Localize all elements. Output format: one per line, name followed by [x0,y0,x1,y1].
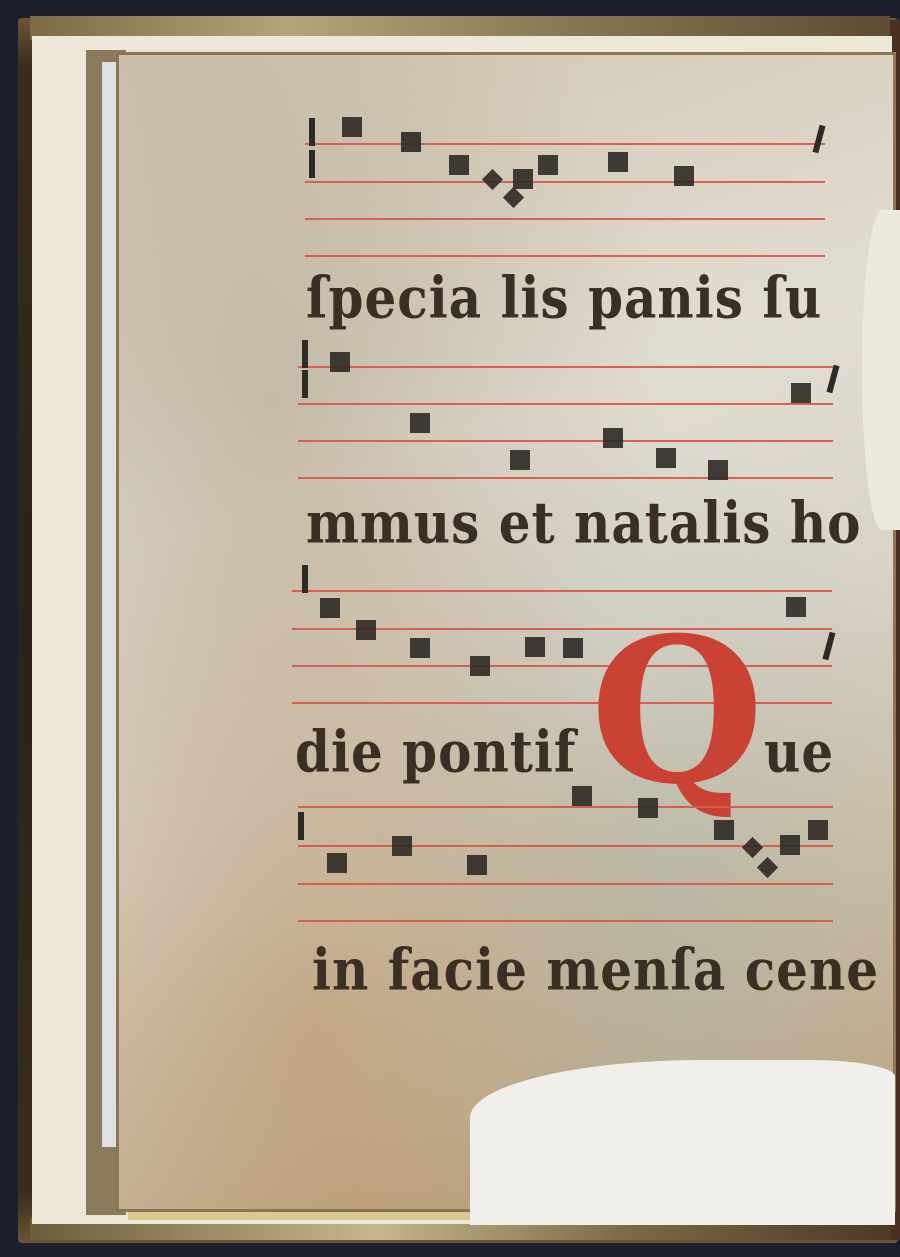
clef-icon [309,150,315,178]
lyric-line-2: mmus et natalis ho [306,489,862,557]
neume [656,448,676,468]
torn-bottom-loss [470,1060,895,1225]
neume [449,155,469,175]
staff-line [298,403,833,405]
neume [808,820,828,840]
neume [327,853,347,873]
staff-line [298,477,833,479]
neume [467,855,487,875]
neume [563,638,583,658]
staff-line [305,218,825,220]
neume [608,152,628,172]
neume [410,413,430,433]
staff-line [298,883,833,885]
neume [356,620,376,640]
clef-icon [302,340,308,368]
neume [470,656,490,676]
neume [320,598,340,618]
staff-line [305,181,825,183]
neume [572,786,592,806]
parchment-leaf [116,52,896,1212]
staff-line [298,366,833,368]
neume [410,638,430,658]
neume [330,352,350,372]
clef-icon [302,565,308,593]
neume [780,835,800,855]
lyric-line-4: in facie menſa cene [312,936,879,1004]
staff-line [305,255,825,257]
clef-icon [309,118,315,146]
staff-line [298,806,833,808]
torn-right-edge [862,210,900,530]
clef-icon [302,370,308,398]
lyric-line-1: ſpecia lis panis ſu [306,264,822,332]
lyric-line-3-after-initial: ue [764,718,834,786]
neume [791,383,811,403]
lyric-line-3: die pontif [295,718,576,786]
neume [538,155,558,175]
staff-line [292,590,832,592]
neume [513,169,533,189]
neume [510,450,530,470]
neume [786,597,806,617]
neume [714,820,734,840]
neume [638,798,658,818]
staff-line [305,143,825,145]
clef-icon [298,812,304,840]
neume [708,460,728,480]
neume [392,836,412,856]
neume [342,117,362,137]
neume [603,428,623,448]
neume [674,166,694,186]
neume [525,637,545,657]
staff-line [298,920,833,922]
staff-line [298,440,833,442]
red-initial-q: Q [590,612,764,812]
neume [401,132,421,152]
